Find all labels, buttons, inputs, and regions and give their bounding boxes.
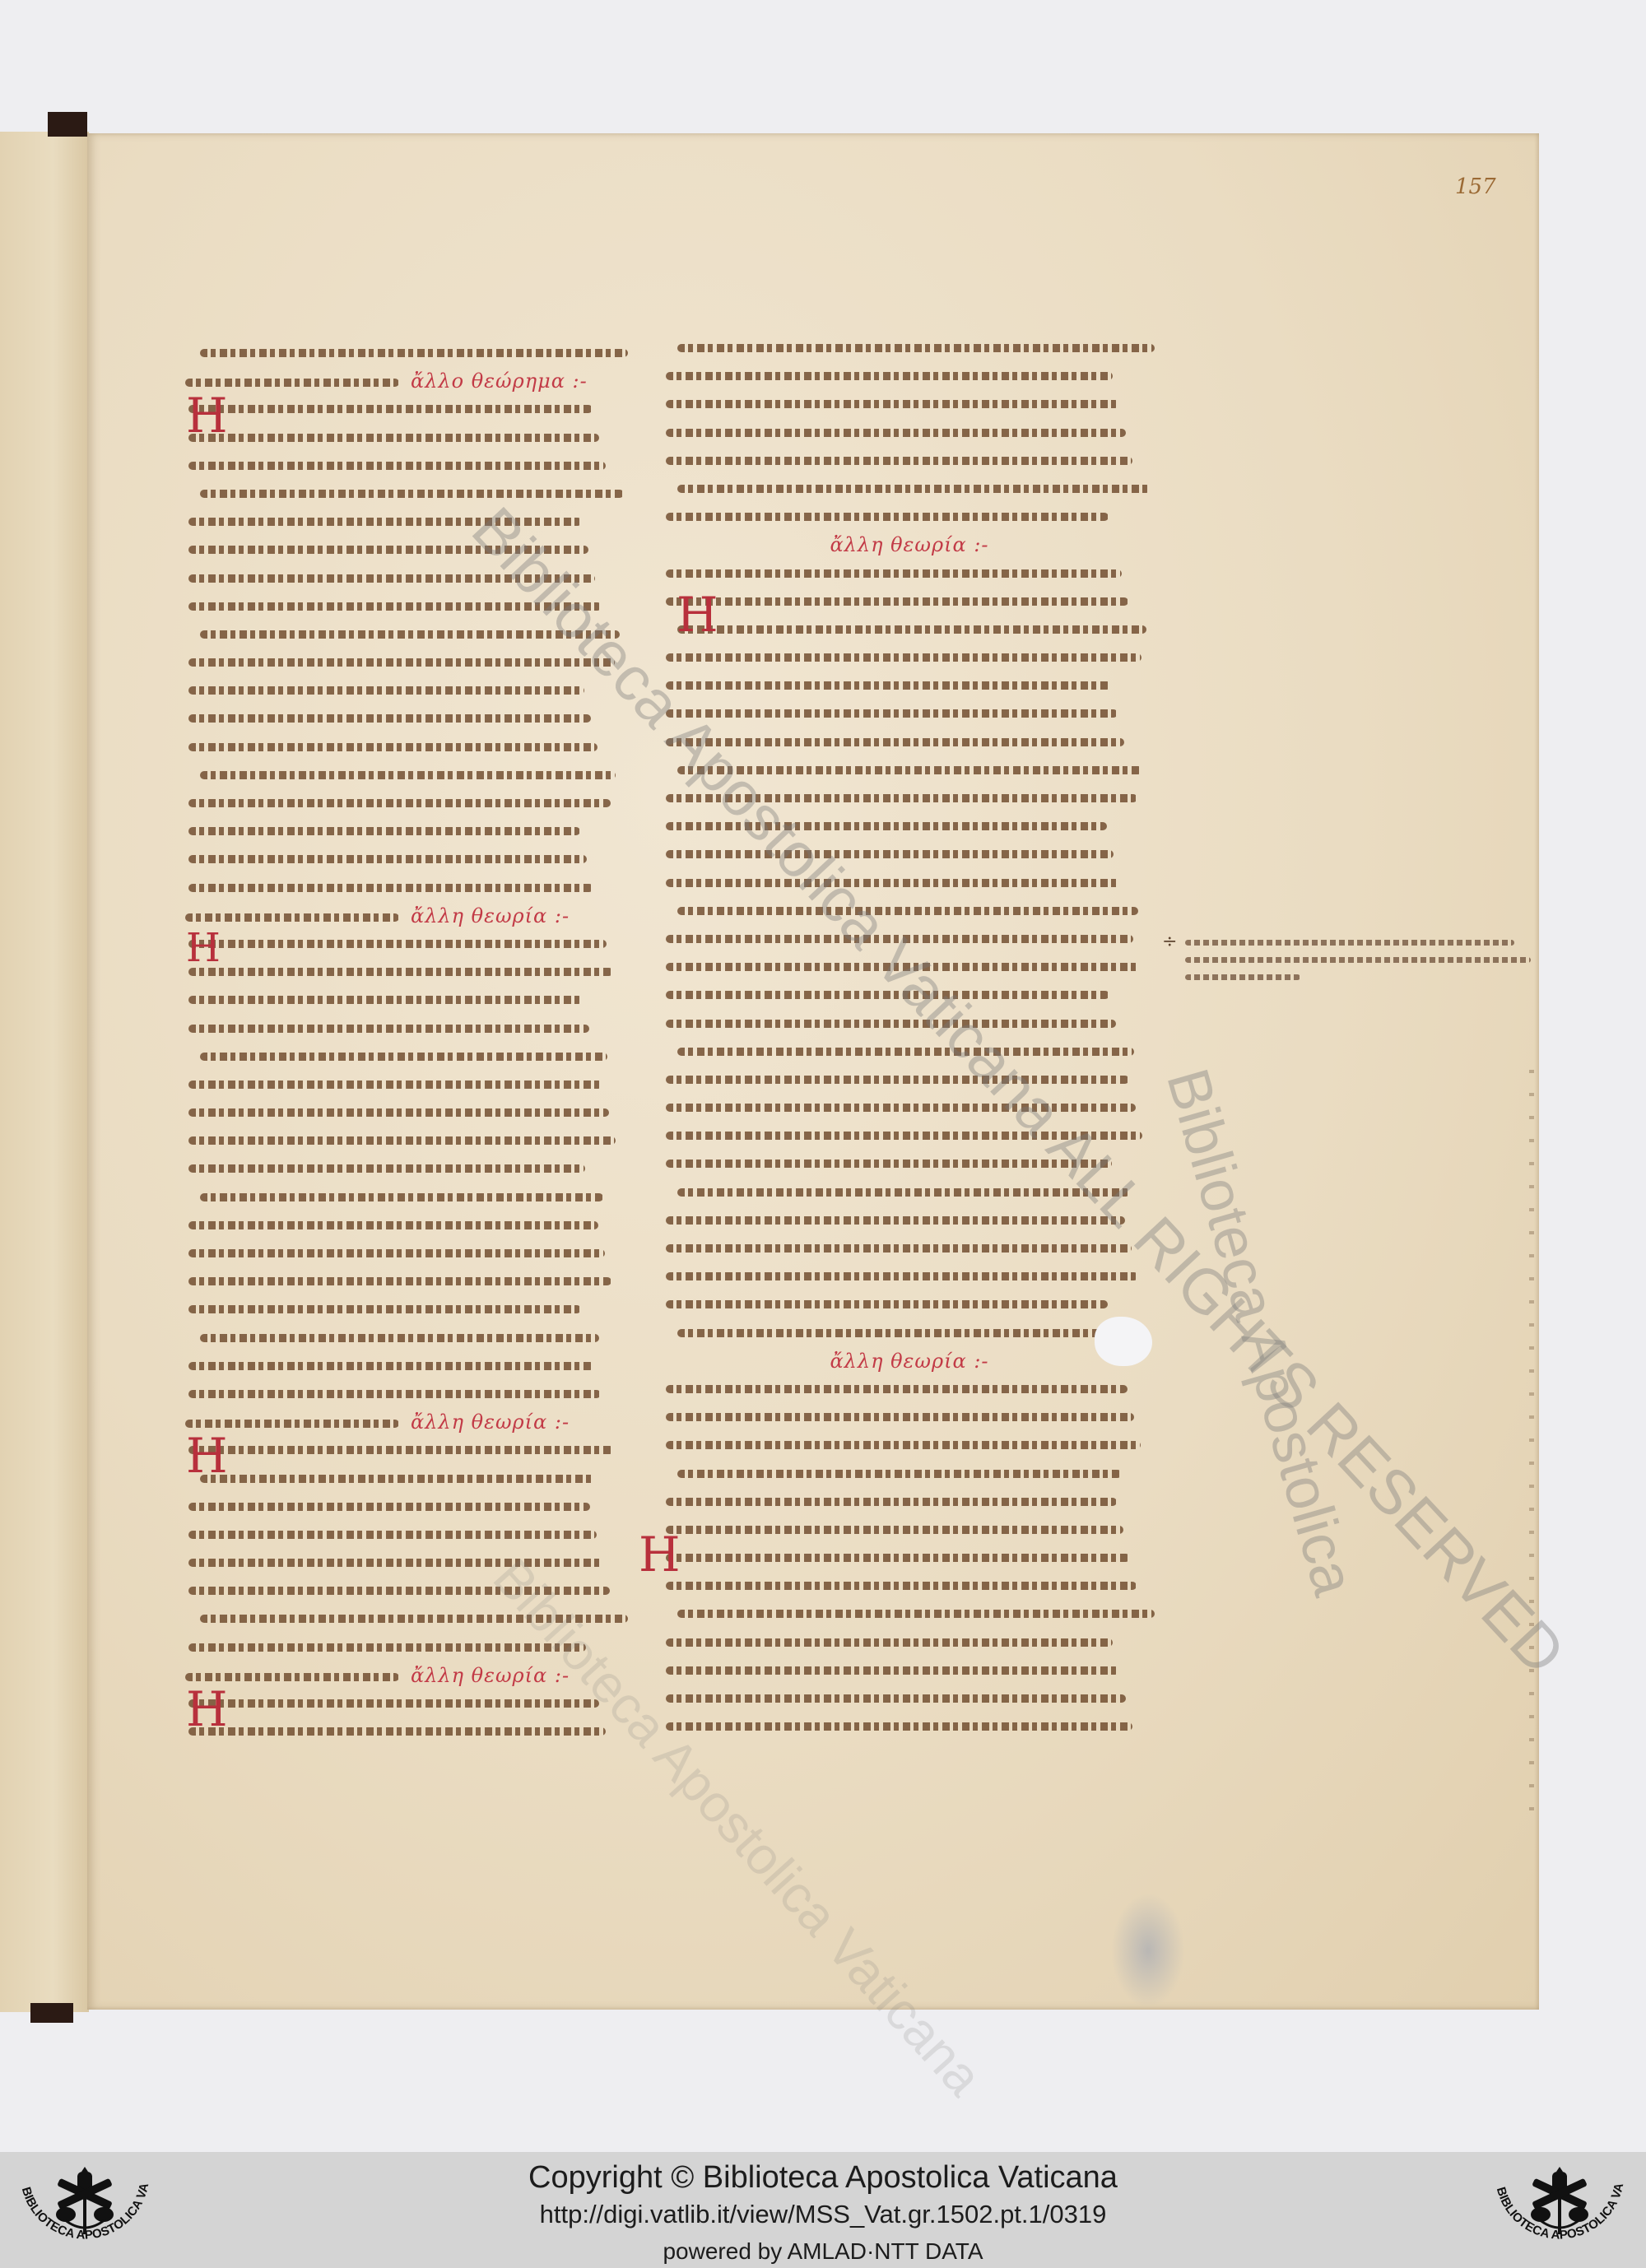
ink-text (666, 794, 1137, 802)
ink-text (188, 1108, 609, 1117)
ink-text (188, 518, 582, 526)
manuscript-line (663, 1150, 1156, 1178)
manuscript-line (663, 1600, 1156, 1628)
marginal-ink-line (1185, 957, 1531, 963)
manuscript-line (185, 536, 630, 564)
manuscript-line (663, 897, 1156, 925)
manuscript-line (185, 1267, 630, 1295)
rubric-heading: ἄλλο θεώρημα :- (411, 369, 588, 393)
ink-text (188, 968, 613, 976)
manuscript-line (663, 840, 1156, 868)
manuscript-line (185, 1183, 630, 1211)
manuscript-line (663, 1516, 1156, 1544)
binding-top (48, 112, 87, 137)
ink-text (666, 879, 1120, 887)
manuscript-line (663, 1375, 1156, 1403)
manuscript-line (185, 1239, 630, 1267)
parchment-stain (1111, 1893, 1185, 2008)
manuscript-line (663, 953, 1156, 981)
manuscript-line (663, 1206, 1156, 1234)
manuscript-line (185, 1436, 630, 1464)
ink-text (188, 743, 597, 751)
ink-text (188, 1221, 598, 1229)
manuscript-line (663, 1290, 1156, 1318)
ink-text (666, 1554, 1130, 1562)
marginal-note-symbol: ÷ (1162, 928, 1177, 956)
ink-text (188, 855, 587, 863)
manuscript-line (185, 565, 630, 593)
manuscript-line (663, 812, 1156, 840)
ink-text (188, 434, 599, 442)
ink-text (188, 996, 583, 1004)
manuscript-line (185, 1324, 630, 1352)
manuscript-line (185, 1549, 630, 1577)
ink-text (666, 1638, 1113, 1647)
ink-text (666, 1441, 1141, 1449)
manuscript-line (185, 1521, 630, 1549)
ink-text (677, 485, 1151, 493)
ink-text (185, 1673, 399, 1681)
manuscript-line (185, 761, 630, 789)
ink-text (666, 400, 1119, 408)
ink-text (200, 630, 620, 639)
ink-text (666, 850, 1114, 858)
manuscript-line (663, 1234, 1156, 1262)
ink-text (200, 349, 628, 357)
manuscript-line (663, 1094, 1156, 1122)
pricking-holes (1529, 1070, 1534, 1810)
ink-text (188, 686, 584, 695)
ink-text (188, 546, 588, 554)
footer-copyright: Copyright © Biblioteca Apostolica Vatica… (0, 2160, 1646, 2196)
ink-text (666, 597, 1128, 606)
manuscript-line (663, 503, 1156, 531)
manuscript-line (663, 1038, 1156, 1066)
manuscript-line (663, 699, 1156, 727)
ink-text (188, 1503, 590, 1511)
folio-number: 157 (1455, 174, 1496, 199)
ink-text (185, 379, 399, 387)
manuscript-line: ἄλλο θεώρημα :- (185, 367, 630, 395)
manuscript-line (663, 1544, 1156, 1572)
text-column-right: ἄλλη θεωρία :-ἄλλη θεωρία :- (663, 334, 1156, 1741)
ink-text (200, 1334, 599, 1342)
ink-text (666, 1526, 1123, 1534)
ink-text (666, 1582, 1137, 1590)
footer-url[interactable]: http://digi.vatlib.it/view/MSS_Vat.gr.15… (0, 2200, 1646, 2229)
svg-text:BIBLIOTECA APOSTOLICA VATICANA: BIBLIOTECA APOSTOLICA VATICANA (7, 2160, 151, 2242)
manuscript-line (663, 756, 1156, 784)
manuscript-line (663, 644, 1156, 672)
manuscript-line (185, 395, 630, 423)
ink-text (666, 1020, 1116, 1028)
ink-text (666, 457, 1132, 465)
ink-text (677, 1329, 1126, 1337)
ink-text (666, 822, 1107, 830)
manuscript-line (185, 1380, 630, 1408)
ink-text (666, 1160, 1112, 1168)
manuscript-line (185, 593, 630, 620)
ink-text (188, 940, 607, 948)
manuscript-line (663, 588, 1156, 616)
previous-leaf-edge (0, 132, 89, 2012)
text-column-left: ἄλλο θεώρημα :-ἄλλη θεωρία :-ἄλλη θεωρία… (185, 339, 630, 1745)
ink-text (677, 907, 1138, 915)
manuscript-line (663, 1572, 1156, 1600)
manuscript-line (185, 1099, 630, 1127)
manuscript-line (663, 1460, 1156, 1488)
manuscript-line (185, 452, 630, 480)
ink-text (677, 1470, 1122, 1478)
red-initial: Η (186, 928, 221, 968)
ink-text (188, 1362, 594, 1370)
ink-text (188, 1081, 602, 1089)
manuscript-line (185, 1043, 630, 1071)
ink-text (188, 574, 595, 583)
rubric-heading: ἄλλη θεωρία :- (411, 1664, 570, 1687)
ink-text (188, 462, 606, 470)
manuscript-line (185, 789, 630, 817)
red-initial: Η (186, 1685, 228, 1733)
ink-text (188, 602, 602, 611)
ink-text (666, 372, 1113, 380)
manuscript-line (185, 958, 630, 986)
ink-text (200, 1193, 603, 1201)
ink-text (188, 1305, 581, 1313)
ink-text (188, 658, 615, 667)
ink-text (188, 405, 593, 413)
ink-text (677, 1188, 1130, 1197)
ink-text (188, 1559, 603, 1567)
marginal-note: ÷ (1185, 928, 1539, 992)
ink-text (200, 490, 624, 498)
red-initial: Η (639, 1531, 681, 1578)
manuscript-line (663, 419, 1156, 447)
manuscript-line (663, 981, 1156, 1009)
manuscript-line (185, 508, 630, 536)
ink-text (188, 827, 580, 835)
ink-text (666, 1272, 1138, 1280)
ink-text (666, 1722, 1132, 1731)
manuscript-line (185, 676, 630, 704)
manuscript-line (185, 845, 630, 873)
footer-band: Copyright © Biblioteca Apostolica Vatica… (0, 2152, 1646, 2268)
ink-text (666, 1413, 1134, 1421)
manuscript-line (663, 1403, 1156, 1431)
manuscript-line (663, 1010, 1156, 1038)
ink-text (188, 1587, 610, 1595)
rubric-heading: ἄλλη θεωρία :- (830, 1350, 988, 1373)
ink-text (666, 1104, 1136, 1112)
manuscript-line (185, 1352, 630, 1380)
manuscript-line (663, 1066, 1156, 1094)
manuscript-line (185, 480, 630, 508)
ink-text (666, 738, 1124, 746)
manuscript-line (185, 986, 630, 1014)
manuscript-line (663, 672, 1156, 699)
manuscript-line (663, 390, 1156, 418)
ink-text (666, 681, 1111, 690)
manuscript-line (663, 1629, 1156, 1657)
manuscript-line (663, 1431, 1156, 1459)
manuscript-line (185, 1155, 630, 1183)
manuscript-line (663, 1488, 1156, 1516)
binding-bottom (30, 2003, 73, 2023)
ink-text (666, 991, 1109, 999)
manuscript-line (185, 1295, 630, 1323)
manuscript-line (185, 817, 630, 845)
manuscript-line (185, 874, 630, 902)
ink-text (677, 766, 1142, 774)
ink-text (666, 1694, 1126, 1703)
manuscript-line (663, 1685, 1156, 1713)
ink-text (188, 1136, 616, 1145)
manuscript-line (663, 1178, 1156, 1206)
ink-text (666, 1385, 1128, 1393)
manuscript-line (185, 620, 630, 648)
manuscript-line (663, 616, 1156, 644)
manuscript-line (185, 1577, 630, 1605)
ink-text (666, 1666, 1119, 1675)
ink-text (188, 1643, 586, 1652)
svg-text:BIBLIOTECA APOSTOLICA VATICANA: BIBLIOTECA APOSTOLICA VATICANA (1481, 2160, 1626, 2242)
ink-text (188, 1699, 599, 1708)
vatican-library-logo-icon: BIBLIOTECA APOSTOLICA VATICANA (1481, 2160, 1638, 2263)
footer-powered-by: powered by AMLAD·NTT DATA (0, 2238, 1646, 2265)
manuscript-line (663, 475, 1156, 503)
ink-text (200, 1615, 628, 1623)
ink-text (666, 709, 1118, 718)
vatican-library-logo-icon: BIBLIOTECA APOSTOLICA VATICANA (7, 2160, 163, 2263)
manuscript-line (185, 648, 630, 676)
red-initial: Η (186, 1432, 228, 1480)
manuscript-line (663, 447, 1156, 475)
ink-text (666, 1244, 1132, 1253)
ink-text (677, 625, 1146, 634)
marginal-ink-line (1185, 974, 1300, 980)
ink-text (666, 569, 1122, 578)
ink-text (188, 1277, 611, 1285)
manuscript-line (185, 733, 630, 761)
ink-text (666, 1498, 1117, 1506)
ink-text (188, 1531, 597, 1539)
manuscript-line (185, 1493, 630, 1521)
ink-text (666, 1132, 1142, 1140)
ink-text (666, 1300, 1108, 1308)
manuscript-line (663, 784, 1156, 812)
rubric-heading: ἄλλη θεωρία :- (411, 904, 570, 927)
manuscript-line (663, 334, 1156, 362)
manuscript-line: ἄλλη θεωρία :- (663, 1347, 1156, 1375)
manuscript-line (663, 728, 1156, 756)
ink-text (188, 884, 593, 892)
manuscript-line (185, 424, 630, 452)
manuscript-line (663, 925, 1156, 953)
manuscript-line (663, 560, 1156, 588)
ink-text (188, 1249, 605, 1257)
manuscript-line (663, 362, 1156, 390)
manuscript-line: ἄλλη θεωρία :- (663, 531, 1156, 559)
red-initial: Η (186, 392, 228, 439)
manuscript-line (185, 1717, 630, 1745)
ink-text (188, 1390, 601, 1398)
manuscript-line (185, 1605, 630, 1633)
manuscript-line (663, 1657, 1156, 1685)
ink-text (666, 1076, 1129, 1084)
ink-text (188, 1164, 585, 1173)
ink-text (677, 344, 1155, 352)
ink-text (188, 714, 591, 723)
manuscript-line (185, 1634, 630, 1661)
ink-text (677, 1610, 1155, 1618)
manuscript-line (185, 930, 630, 958)
ink-text (677, 1048, 1134, 1056)
ink-text (666, 963, 1140, 971)
manuscript-line: ἄλλη θεωρία :- (185, 1408, 630, 1436)
manuscript-line (663, 1122, 1156, 1150)
manuscript-line: ἄλλη θεωρία :- (185, 902, 630, 930)
ink-text (666, 429, 1126, 437)
ink-text (666, 513, 1109, 521)
rubric-heading: ἄλλη θεωρία :- (411, 1411, 570, 1434)
ink-text (188, 799, 611, 807)
ink-text (666, 653, 1142, 662)
manuscript-line (185, 1211, 630, 1239)
red-initial: Η (677, 591, 718, 639)
manuscript-line (185, 1071, 630, 1099)
ink-text (200, 1053, 607, 1061)
ink-text (185, 1420, 399, 1428)
manuscript-line (185, 339, 630, 367)
manuscript-line (663, 869, 1156, 897)
marginal-ink-line (1185, 940, 1514, 946)
manuscript-line (185, 1015, 630, 1043)
manuscript-line (185, 1127, 630, 1155)
manuscript-line (663, 1319, 1156, 1347)
ink-text (188, 1446, 614, 1454)
ink-text (185, 913, 399, 922)
manuscript-line (663, 1262, 1156, 1290)
manuscript-line: ἄλλη θεωρία :- (185, 1661, 630, 1689)
manuscript-line (185, 1689, 630, 1717)
ink-text (200, 1475, 595, 1483)
parchment-hole (1095, 1317, 1152, 1366)
ink-text (188, 1727, 606, 1736)
ink-text (188, 1025, 589, 1033)
rubric-heading: ἄλλη θεωρία :- (830, 533, 988, 556)
manuscript-line (663, 1713, 1156, 1741)
manuscript-line (185, 1465, 630, 1493)
ink-text (200, 771, 616, 779)
manuscript-line (185, 704, 630, 732)
ink-text (666, 935, 1133, 943)
ink-text (666, 1216, 1125, 1225)
